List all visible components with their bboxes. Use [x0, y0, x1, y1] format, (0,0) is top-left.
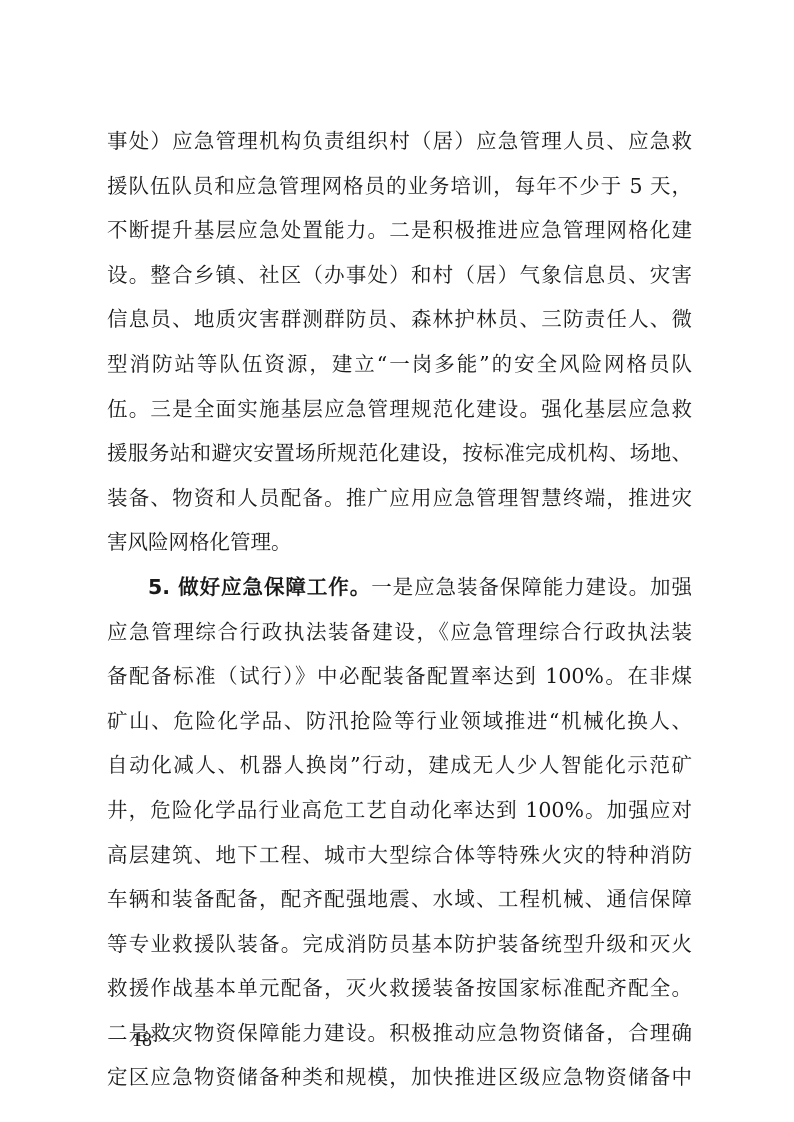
- text-line: 援队伍队员和应急管理网格员的业务培训，每年不少于 5 天，: [107, 164, 692, 209]
- paragraph-section-5: 5. 做好应急保障工作。一是应急装备保障能力建设。加强 应急管理综合行政执法装备…: [107, 565, 692, 1100]
- section-heading: 5. 做好应急保障工作。: [148, 575, 371, 599]
- section-heading-line: 5. 做好应急保障工作。一是应急装备保障能力建设。加强: [107, 565, 692, 610]
- text-line: 等专业救援队装备。完成消防员基本防护装备统型升级和灭火: [107, 922, 692, 967]
- text-line: 车辆和装备配备，配齐配强地震、水域、工程机械、通信保障: [107, 877, 692, 922]
- text-line: 定区应急物资储备种类和规模，加快推进区级应急物资储备中: [107, 1055, 692, 1100]
- text-line: 事处）应急管理机构负责组织村（居）应急管理人员、应急救: [107, 119, 692, 164]
- page-number: － 18 －: [107, 1023, 177, 1052]
- text-line: 救援作战基本单元配备，灭火救援装备按国家标准配齐配全。: [107, 966, 692, 1011]
- text-line: 害风险网格化管理。: [107, 520, 692, 565]
- text-line: 高层建筑、地下工程、城市大型综合体等特殊火灾的特种消防: [107, 833, 692, 878]
- text-line: 自动化减人、机器人换岗”行动，建成无人少人智能化示范矿: [107, 743, 692, 788]
- text-line: 不断提升基层应急处置能力。二是积极推进应急管理网格化建: [107, 208, 692, 253]
- text-line: 伍。三是全面实施基层应急管理规范化建设。强化基层应急救: [107, 387, 692, 432]
- document-body: 事处）应急管理机构负责组织村（居）应急管理人员、应急救 援队伍队员和应急管理网格…: [107, 119, 692, 1100]
- text-line: 井，危险化学品行业高危工艺自动化率达到 100%。加强应对: [107, 788, 692, 833]
- text-line: 二是救灾物资保障能力建设。积极推动应急物资储备，合理确: [107, 1011, 692, 1056]
- paragraph-grassroots-emergency: 事处）应急管理机构负责组织村（居）应急管理人员、应急救 援队伍队员和应急管理网格…: [107, 119, 692, 565]
- text-line: 援服务站和避灾安置场所规范化建设，按标准完成机构、场地、: [107, 431, 692, 476]
- text-line: 装备、物资和人员配备。推广应用应急管理智慧终端，推进灾: [107, 476, 692, 521]
- text-line: 矿山、危险化学品、防汛抢险等行业领域推进“机械化换人、: [107, 699, 692, 744]
- text-run: 一是应急装备保障能力建设。加强: [371, 575, 692, 599]
- text-line: 设。整合乡镇、社区（办事处）和村（居）气象信息员、灾害: [107, 253, 692, 298]
- text-line: 信息员、地质灾害群测群防员、森林护林员、三防责任人、微: [107, 297, 692, 342]
- text-line: 应急管理综合行政执法装备建设，《应急管理综合行政执法装: [107, 610, 692, 655]
- text-line: 备配备标准（试行）》中必配装备配置率达到 100%。在非煤: [107, 654, 692, 699]
- text-line: 型消防站等队伍资源，建立“一岗多能”的安全风险网格员队: [107, 342, 692, 387]
